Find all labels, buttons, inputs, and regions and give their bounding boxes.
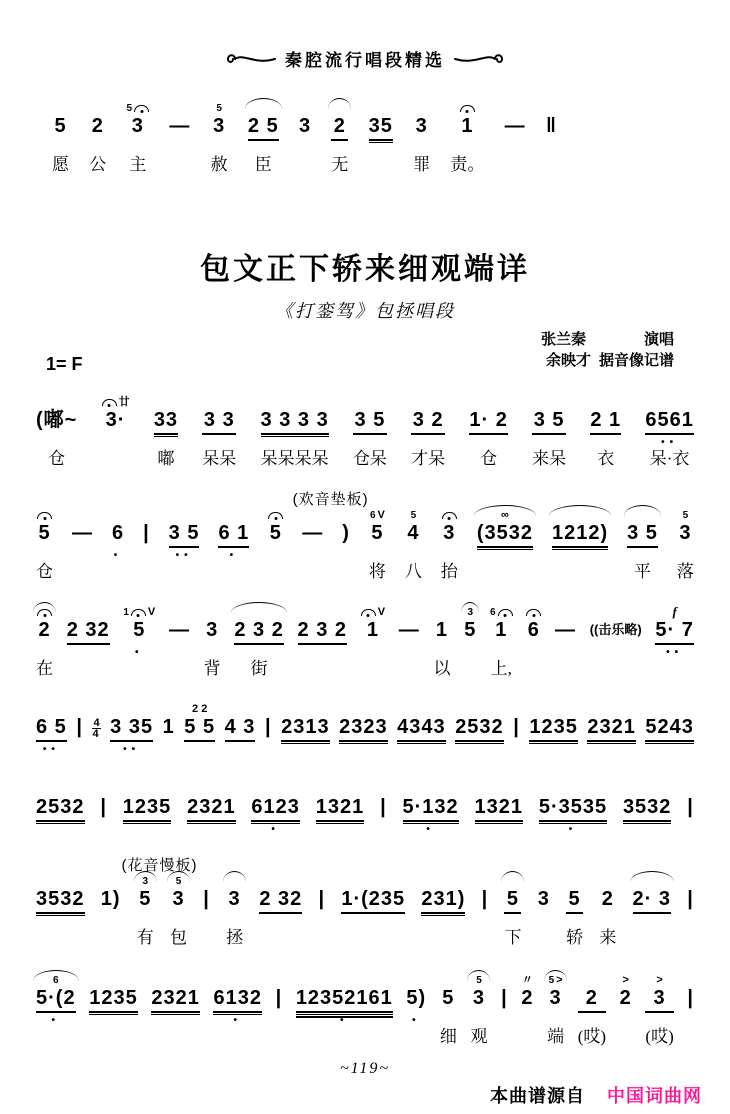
barline: | — [687, 795, 694, 819]
note-token: 5243 — [645, 698, 694, 754]
note-token: — — [302, 504, 323, 585]
music-system: 6 5••|443 35••12 25 54 3|231323234343253… — [36, 698, 694, 754]
note-token: 2(哎) — [578, 969, 606, 1050]
barline: | — [513, 715, 520, 739]
music-system: 2在2 321V5•—3背2 3 2街2 3 2V1—1以3561上,6—((击… — [36, 601, 694, 682]
beam-lines — [151, 1010, 200, 1018]
note-token: 2321 — [151, 969, 200, 1050]
beam-lines — [226, 911, 243, 919]
note-token: 1321 — [475, 778, 524, 834]
note-token: 6 1• — [218, 504, 249, 585]
transcriber-name: 余映才 — [546, 350, 591, 371]
lyric: 观 — [470, 1025, 487, 1050]
note-annotations: f — [655, 601, 693, 618]
beam-lines — [36, 432, 77, 440]
note-digits: 2 5 — [248, 114, 279, 138]
beam-lines — [169, 138, 190, 146]
note-annotations — [276, 969, 283, 986]
note-annotations — [475, 778, 524, 795]
note-annotations — [67, 601, 110, 618]
note-annotations — [403, 778, 459, 795]
beam-lines — [259, 911, 302, 919]
note-digits: 2 3 2 — [234, 618, 283, 642]
note-annotations — [450, 97, 484, 114]
note-annotations — [546, 97, 557, 114]
note-annotations — [623, 778, 672, 795]
note-digits: 33 — [154, 408, 178, 432]
note-token: 3 3 3 3呆呆呆呆 — [261, 391, 329, 472]
time-signature: 44 — [92, 718, 100, 739]
note-token: 12352161• — [296, 969, 393, 1050]
note-annotations — [268, 504, 283, 521]
note-annotations: V — [361, 601, 385, 618]
beam-lines — [361, 642, 385, 650]
note-token: 2 5臣 — [248, 97, 279, 178]
beam-lines — [369, 545, 386, 553]
note-token: 2313 — [281, 698, 330, 754]
note-annotations — [36, 391, 77, 408]
beam-lines — [341, 911, 405, 919]
lyric: 八 — [405, 560, 422, 585]
note-token: 3532 — [36, 870, 85, 951]
note-annotations — [413, 97, 430, 114]
beam-lines — [36, 642, 53, 650]
note-digits: 5 — [270, 521, 282, 545]
note-annotations — [406, 969, 426, 986]
note-digits: 2 3 2 — [298, 618, 347, 642]
octave-dots: •• — [661, 440, 678, 447]
beam-lines — [433, 642, 450, 650]
beam-lines — [100, 819, 107, 827]
note-token: 2· 3 — [633, 870, 671, 951]
note-token: — — [169, 601, 190, 682]
beam-lines — [316, 819, 365, 827]
note-digits: 1235 — [89, 986, 138, 1010]
note-token: 3 5平 — [627, 504, 658, 585]
note-digits: 3 — [132, 114, 144, 138]
music-system: (嘟~仓廿3·33嘟3 3呆呆3 3 3 3呆呆呆呆3 5仓呆3 2才呆1· 2… — [36, 391, 694, 472]
lyric: 平 — [634, 560, 651, 585]
note-annotations: 5 — [170, 870, 187, 887]
articulation-mark: 2 2 — [192, 703, 207, 715]
note-token: 5细 — [440, 969, 457, 1050]
note-token: | — [687, 778, 694, 834]
beam-lines — [299, 138, 311, 146]
beam-lines — [67, 642, 110, 650]
note-digits: 5243 — [645, 715, 694, 739]
lyric: 责。 — [450, 153, 484, 178]
fermata-icon — [134, 105, 149, 112]
beam-lines — [331, 138, 348, 146]
lyric: 无 — [331, 153, 348, 178]
lyric: 衣 — [597, 447, 614, 472]
note-token: 35 — [369, 97, 393, 178]
slur-arc — [474, 505, 536, 516]
grace-note: 5 — [411, 511, 417, 521]
note-digits: 2532 — [455, 715, 504, 739]
beam-lines — [687, 1010, 694, 1018]
note-annotations — [599, 870, 616, 887]
note-digits: 1·(235 — [341, 887, 405, 911]
note-annotations — [203, 870, 210, 887]
octave-dots: • — [52, 1018, 61, 1025]
lyric: 包 — [170, 926, 187, 951]
system-row: 5仓—6•|3 5••6 1•5—)6V5将54八3抬∞(35321212)3 … — [36, 504, 694, 585]
note-annotations — [397, 698, 446, 715]
slur-arc — [167, 871, 190, 882]
note-token: 2无 — [331, 97, 348, 178]
note-token: 3532 — [623, 778, 672, 834]
note-digits: 4 — [407, 521, 419, 545]
note-annotations — [433, 601, 450, 618]
note-annotations — [339, 698, 388, 715]
note-annotations — [316, 778, 365, 795]
beam-lines — [526, 642, 541, 650]
note-digits: 2 — [586, 986, 598, 1010]
book-title: 秦腔流行唱段精选 — [285, 46, 445, 71]
articulation-mark: 廿 — [119, 396, 130, 408]
note-digits: (3532 — [477, 521, 533, 545]
slur-arc — [549, 505, 611, 516]
note-annotations — [687, 778, 694, 795]
note-digits: 3 — [172, 887, 184, 911]
song-subtitle: 《打銮驾》包拯唱段 — [0, 297, 730, 323]
note-digits: 1212) — [552, 521, 608, 545]
note-digits: 3 2 — [413, 408, 444, 432]
note-token: 61上, — [490, 601, 513, 682]
beam-lines — [353, 432, 387, 440]
beam-lines — [513, 739, 520, 747]
note-annotations — [627, 504, 658, 521]
articulation-mark: V — [148, 606, 155, 618]
octave-dots: • — [340, 1018, 349, 1025]
note-annotations: 3 — [137, 870, 154, 887]
beam-lines — [137, 911, 154, 919]
note-annotations: > — [645, 969, 673, 986]
note-token: 1责。 — [450, 97, 484, 178]
note-annotations: 2 2 — [184, 698, 215, 715]
lyric: 以 — [433, 657, 450, 682]
beam-lines — [627, 545, 658, 553]
note-digits: 1235 — [123, 795, 172, 819]
lyric: (哎) — [578, 1025, 606, 1050]
note-digits: 3 — [654, 986, 666, 1010]
note-token: 2321 — [187, 778, 236, 834]
note-annotations — [36, 504, 53, 521]
note-token: ) — [342, 504, 350, 585]
beam-lines — [203, 911, 210, 919]
fermata-icon — [442, 512, 457, 519]
beam-lines — [163, 739, 175, 747]
note-token: 3 5仓呆 — [353, 391, 387, 472]
note-annotations — [234, 601, 283, 618]
note-annotations — [261, 391, 329, 408]
note-annotations — [505, 97, 526, 114]
note-annotations: 5 — [211, 97, 228, 114]
note-digits: 4 3 — [225, 715, 256, 739]
fermata-icon — [131, 609, 146, 616]
note-token: 5 — [268, 504, 283, 585]
note-digits: 2321 — [187, 795, 236, 819]
note-token: 65·(2• — [36, 969, 76, 1050]
note-token: 1V5• — [123, 601, 155, 682]
octave-dots: • — [135, 650, 144, 657]
lyric: (哎) — [645, 1025, 673, 1050]
slur-arc — [544, 970, 567, 981]
note-token: 1321 — [316, 778, 365, 834]
beam-lines — [36, 819, 85, 827]
system-row: 35321)35有53包|3拯2 32|1·(235231)|5下35轿2来2·… — [36, 870, 694, 951]
note-token: 2532 — [455, 698, 504, 754]
note-digits: 3 — [443, 521, 455, 545]
note-digits: 2 — [38, 618, 50, 642]
note-annotations: 5 — [405, 504, 422, 521]
beam-lines — [281, 739, 330, 747]
note-token: | — [501, 969, 508, 1050]
note-digits: 5·3535 — [539, 795, 607, 819]
note-annotations — [501, 969, 508, 986]
note-digits: 3 — [473, 986, 485, 1010]
beam-lines — [36, 911, 85, 919]
note-token: 3 — [538, 870, 550, 951]
beam-lines — [505, 138, 526, 146]
note-digits: 3532 — [623, 795, 672, 819]
note-digits: 6 5 — [36, 715, 67, 739]
note-token: 2公 — [89, 97, 106, 178]
lyric: 仓 — [480, 447, 497, 472]
note-digits: 2 32 — [259, 887, 302, 911]
beam-lines — [440, 1010, 457, 1018]
slur-arc — [33, 970, 79, 981]
note-token: 〃2 — [521, 969, 533, 1050]
note-annotations — [566, 870, 583, 887]
note-token: 1以 — [433, 601, 450, 682]
music-system: 5愿2公53主—53赦2 5臣32无353罪1责。—‖ — [36, 97, 694, 178]
note-digits: 3 — [299, 114, 311, 138]
note-digits: 6 — [528, 618, 540, 642]
note-token: 5·132• — [403, 778, 459, 834]
key-signature: 1= F — [46, 354, 83, 375]
note-token: >2 — [620, 969, 632, 1050]
beam-lines — [469, 432, 507, 440]
note-token: | — [318, 870, 325, 951]
note-digits: 2 — [602, 887, 614, 911]
beam-lines — [225, 739, 256, 747]
note-digits: 1 — [461, 114, 473, 138]
note-annotations — [169, 504, 200, 521]
note-annotations — [218, 504, 249, 521]
note-annotations — [299, 97, 311, 114]
note-annotations — [265, 698, 272, 715]
beam-lines — [102, 432, 130, 440]
note-token: 2323 — [339, 698, 388, 754]
lyric: 拯 — [226, 926, 243, 951]
system-row: 2532|123523216123•1321|5·132•13215·3535•… — [36, 778, 694, 834]
note-digits: — — [169, 618, 190, 642]
beam-lines — [72, 545, 93, 553]
note-digits: 2532 — [36, 795, 85, 819]
note-token: 6561••呆·衣 — [645, 391, 694, 472]
octave-dots: •• — [666, 650, 683, 657]
note-token: 33嘟 — [154, 391, 178, 472]
note-annotations: > — [620, 969, 632, 986]
note-digits: ((击乐略) — [590, 618, 642, 642]
note-digits: 2321 — [151, 986, 200, 1010]
note-digits: 1235 — [529, 715, 578, 739]
lyric: 呆·衣 — [650, 447, 690, 472]
note-annotations — [455, 698, 504, 715]
note-token: 6 — [526, 601, 541, 682]
lyric: 来 — [599, 926, 616, 951]
note-digits: 6132 — [213, 986, 262, 1010]
note-annotations — [281, 698, 330, 715]
system-row: (嘟~仓廿3·33嘟3 3呆呆3 3 3 3呆呆呆呆3 5仓呆3 2才呆1· 2… — [36, 391, 694, 472]
lyric: 公 — [89, 153, 106, 178]
lyric: 抬 — [441, 560, 458, 585]
note-annotations — [590, 601, 642, 618]
note-annotations — [555, 601, 576, 618]
note-digits: 3 — [229, 887, 241, 911]
barline: | — [203, 887, 210, 911]
beam-lines — [566, 911, 583, 919]
note-annotations — [72, 504, 93, 521]
note-annotations — [532, 391, 566, 408]
note-digits: (嘟~ — [36, 408, 77, 432]
note-token: | — [203, 870, 210, 951]
octave-dots: •• — [176, 553, 193, 560]
beam-lines — [123, 819, 172, 827]
lyric: 在 — [36, 657, 53, 682]
slur-arc — [467, 970, 490, 981]
note-annotations — [369, 97, 393, 114]
grace-note: 5 — [216, 104, 222, 114]
beam-lines — [169, 642, 190, 650]
note-token: >3(哎) — [645, 969, 673, 1050]
note-annotations — [538, 870, 550, 887]
lyric: 将 — [369, 560, 386, 585]
note-annotations — [298, 601, 347, 618]
note-annotations — [187, 778, 236, 795]
grace-note: 6 — [490, 608, 496, 618]
transcriber-role: 据音像记谱 — [599, 350, 674, 371]
note-annotations — [76, 698, 83, 715]
note-token: 4343 — [397, 698, 446, 754]
note-token: ∞(3532 — [477, 504, 533, 585]
note-annotations — [411, 391, 445, 408]
note-annotations — [529, 698, 578, 715]
note-token: | — [276, 969, 283, 1050]
note-annotations — [399, 601, 420, 618]
note-annotations — [687, 969, 694, 986]
transcriber-credit: 余映才 据音像记谱 — [546, 350, 674, 371]
note-digits: 5 — [464, 618, 476, 642]
beam-lines — [298, 642, 347, 650]
note-annotations — [36, 778, 85, 795]
note-token: 1 — [163, 698, 175, 754]
note-token: 3罪 — [413, 97, 430, 178]
lyric: 上, — [491, 657, 512, 682]
beam-lines — [521, 1010, 533, 1018]
note-annotations — [110, 698, 153, 715]
articulation-mark: 〃 — [522, 974, 533, 986]
note-annotations — [154, 391, 178, 408]
beam-lines — [529, 739, 578, 747]
note-digits: 2313 — [281, 715, 330, 739]
note-digits: 3 — [550, 986, 562, 1010]
note-token: 3 5来呆 — [532, 391, 566, 472]
beam-lines — [532, 432, 566, 440]
note-digits: 3 35 — [110, 715, 153, 739]
note-annotations — [163, 698, 175, 715]
beam-lines — [204, 642, 221, 650]
slur-arc — [501, 871, 524, 882]
note-token: 1235 — [123, 778, 172, 834]
beam-lines — [127, 138, 150, 146]
note-token: | — [100, 778, 107, 834]
barline: | — [687, 887, 694, 911]
note-annotations: 6 — [490, 601, 513, 618]
note-token: — — [72, 504, 93, 585]
barline: | — [100, 795, 107, 819]
system-row: 65·(2•123523216132•|12352161•5)•5细53观|〃2… — [36, 969, 694, 1050]
note-digits: 35 — [369, 114, 393, 138]
note-token: 2 32 — [259, 870, 302, 951]
note-token: 1235 — [89, 969, 138, 1050]
note-annotations — [302, 504, 323, 521]
lyric: 轿 — [566, 926, 583, 951]
note-token: 53落 — [677, 504, 694, 585]
lyric: 才呆 — [411, 447, 445, 472]
note-token: 35 — [464, 601, 476, 682]
note-digits: 5 — [569, 887, 581, 911]
octave-dots: • — [114, 553, 123, 560]
articulation-mark: f — [672, 606, 676, 618]
beam-lines — [36, 545, 53, 553]
grace-note: 5 — [127, 104, 133, 114]
note-token: | — [380, 778, 387, 834]
note-annotations: 6V — [369, 504, 386, 521]
lyric: 仓 — [48, 447, 65, 472]
lyric: 呆呆呆呆 — [261, 447, 329, 472]
note-token: 53赦 — [211, 97, 228, 178]
slur-arc — [630, 871, 674, 882]
note-annotations — [143, 504, 150, 521]
beam-lines — [490, 642, 513, 650]
note-annotations — [441, 504, 458, 521]
barline: ‖ — [546, 114, 557, 138]
note-token: 5下 — [504, 870, 521, 951]
note-token: 1· 2仓 — [469, 391, 507, 472]
previous-song-ending: 5愿2公53主—53赦2 5臣32无353罪1责。—‖ — [36, 97, 694, 178]
beam-lines — [154, 432, 178, 440]
note-token: 3 3呆呆 — [202, 391, 236, 472]
note-token: 6• — [112, 504, 124, 585]
note-annotations — [645, 698, 694, 715]
grace-note: 5 — [683, 511, 689, 521]
note-digits: 3 5 — [627, 521, 658, 545]
note-annotations: 〃 — [521, 969, 533, 986]
lyric: 有 — [137, 926, 154, 951]
note-token: 2 25 5 — [184, 698, 215, 754]
barline: | — [482, 887, 489, 911]
sheet-music-page: 秦腔流行唱段精选 5愿2公53主—53赦2 5臣32无353罪1责。—‖ 包文正… — [0, 0, 730, 1114]
note-digits: ) — [342, 521, 350, 545]
note-digits: 3532 — [36, 887, 85, 911]
note-annotations — [112, 504, 124, 521]
note-digits: 2 — [92, 114, 104, 138]
note-token: — — [505, 97, 526, 178]
beam-lines — [645, 739, 694, 747]
